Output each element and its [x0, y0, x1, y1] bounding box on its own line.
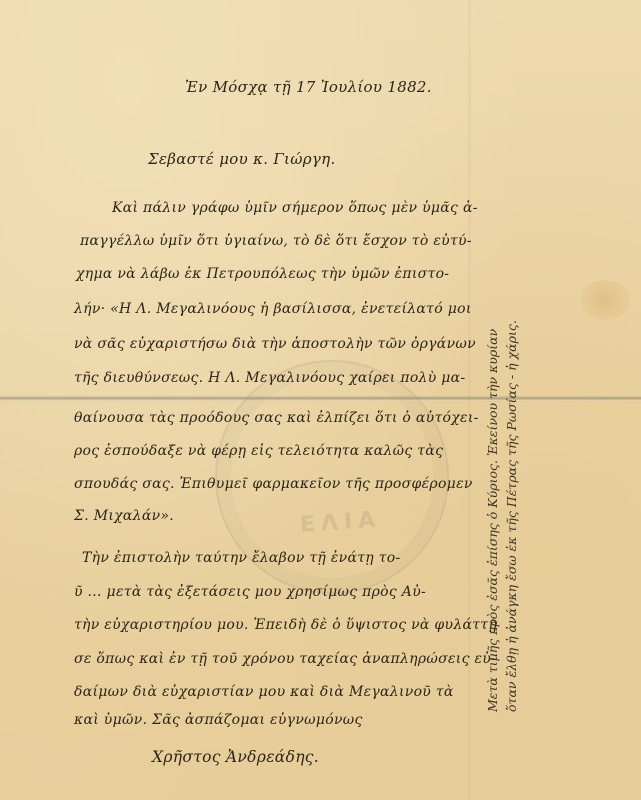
- signature: Χρῆστος Ἀνδρεάδης.: [152, 748, 319, 766]
- body-line: δαίμων διὰ εὐχαριστίαν μου καὶ διὰ Μεγαλ…: [74, 684, 454, 700]
- body-line: τὴν εὐχαριστηρίου μου. Ἐπειδὴ δὲ ὁ ὕψιστ…: [74, 617, 497, 633]
- body-line: νὰ σᾶς εὐχαριστήσω διὰ τὴν ἀποστολὴν τῶν…: [74, 336, 476, 352]
- body-line: λήν· «Η Λ. Μεγαλινόους ἡ βασίλισσα, ἐνετ…: [74, 301, 472, 317]
- salutation: Σεβαστέ μου κ. Γιώργη.: [148, 150, 336, 168]
- letter-page: ΕΛΙΑ Ἐν Μόσχᾳ τῇ 17 Ἰουλίου 1882. Σεβαστ…: [0, 0, 641, 800]
- body-line: Καὶ πάλιν γράφω ὑμῖν σήμερον ὅπως μὲν ὑμ…: [112, 200, 478, 216]
- body-line: ρος ἐσπούδαξε νὰ φέρῃ εἰς τελειότητα καλ…: [74, 443, 443, 459]
- paper-stain: [580, 280, 630, 320]
- body-line: ῦ ... μετὰ τὰς ἐξετάσεις μου χρησίμως πρ…: [74, 584, 426, 600]
- body-line: καὶ ὑμῶν. Σᾶς ἀσπάζομαι εὐγνωμόνως: [74, 712, 363, 728]
- body-line: θαίνουσα τὰς προόδους σας καὶ ἐλπίζει ὅτ…: [74, 410, 479, 426]
- body-line: σε ὅπως καὶ ἐν τῇ τοῦ χρόνου ταχείας ἀνα…: [74, 651, 496, 667]
- body-line: Σ. Μιχαλάν».: [74, 508, 174, 524]
- margin-note-line: Μετὰ τιμῆς πρὸς ἐσᾶς ἐπίσης ὁ Κύριος. Ἐκ…: [485, 329, 500, 712]
- body-line: παγγέλλω ὑμῖν ὅτι ὑγιαίνω, τὸ δὲ ὅτι ἔσχ…: [80, 233, 472, 249]
- body-line: τῆς διευθύνσεως. Η Λ. Μεγαλινόους χαίρει…: [74, 370, 465, 386]
- dateline: Ἐν Μόσχᾳ τῇ 17 Ἰουλίου 1882.: [185, 78, 432, 96]
- body-line: Τὴν ἐπιστολὴν ταύτην ἔλαβον τῇ ἐνάτῃ το-: [82, 550, 401, 566]
- body-line: χημα νὰ λάβω ἐκ Πετρουπόλεως τὴν ὑμῶν ἐπ…: [76, 266, 449, 282]
- margin-note-line: ὅταν ἔλθῃ ἡ ἀνάγκη ἔσω ἐκ τῆς Πέτρας τῆς…: [504, 320, 519, 712]
- body-line: σπουδάς σας. Ἐπιθυμεῖ φαρμακεῖον τῆς προ…: [74, 476, 473, 492]
